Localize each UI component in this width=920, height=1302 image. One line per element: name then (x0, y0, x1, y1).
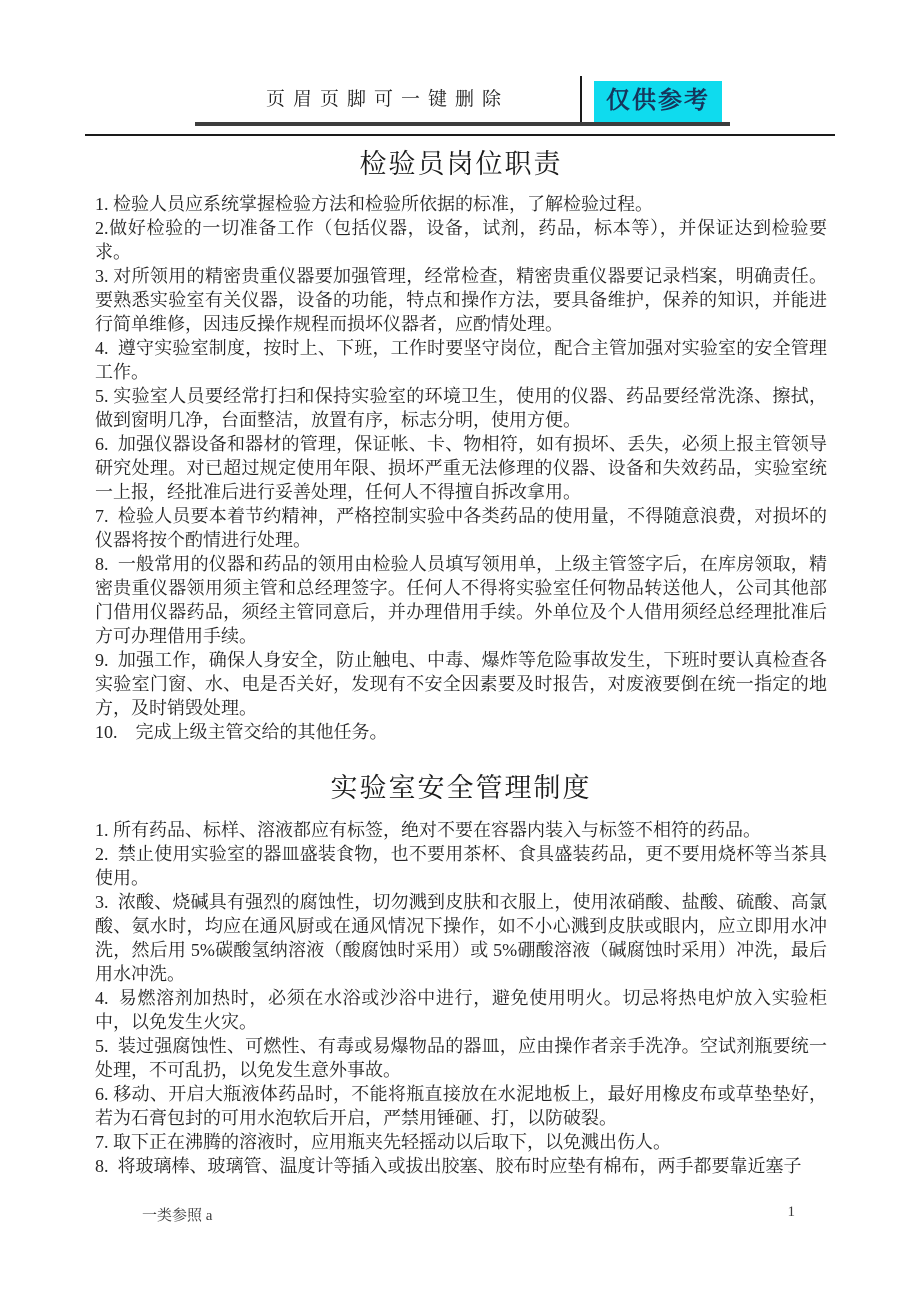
section-title-inspector-duties: 检验员岗位职责 (95, 146, 827, 182)
list-item: 8. 一般常用的仪器和药品的领用由检验人员填写领用单，上级主管签字后，在库房领取… (95, 552, 827, 648)
list-item: 1. 检验人员应系统掌握检验方法和检验所依据的标准，了解检验过程。 (95, 192, 827, 216)
header-underline (195, 122, 730, 126)
header-divider-line (580, 76, 582, 126)
list-item: 4. 易燃溶剂加热时，必须在水浴或沙浴中进行，避免使用明火。切忌将热电炉放入实验… (95, 986, 827, 1034)
list-item: 2.做好检验的一切准备工作（包括仪器，设备，试剂，药品，标本等），并保证达到检验… (95, 216, 827, 264)
list-item: 1. 所有药品、标样、溶液都应有标签，绝对不要在容器内装入与标签不相符的药品。 (95, 818, 827, 842)
list-item: 5. 装过强腐蚀性、可燃性、有毒或易爆物品的器皿，应由操作者亲手洗净。空试剂瓶要… (95, 1034, 827, 1082)
list-item: 3. 对所领用的精密贵重仪器要加强管理，经常检查，精密贵重仪器要记录档案，明确责… (95, 264, 827, 336)
list-item: 5. 实验室人员要经常打扫和保持实验室的环境卫生，使用的仪器、药品要经常洗涤、擦… (95, 384, 827, 432)
list-item: 6. 移动、开启大瓶液体药品时，不能将瓶直接放在水泥地板上，最好用橡皮布或草垫垫… (95, 1082, 827, 1130)
document-page: 页眉页脚可一键删除 仅供参考 检验员岗位职责 1. 检验人员应系统掌握检验方法和… (0, 0, 920, 1302)
list-item: 3. 浓酸、烧碱具有强烈的腐蚀性，切勿溅到皮肤和衣服上，使用浓硝酸、盐酸、硫酸、… (95, 890, 827, 986)
document-footer: 一类参照 a 1 (142, 1204, 795, 1225)
document-body: 检验员岗位职责 1. 检验人员应系统掌握检验方法和检验所依据的标准，了解检验过程… (95, 146, 827, 1178)
list-item: 4. 遵守实验室制度，按时上、下班，工作时要坚守岗位，配合主管加强对实验室的安全… (95, 336, 827, 384)
list-item: 6. 加强仪器设备和器材的管理，保证帐、卡、物相符，如有损坏、丢失，必须上报主管… (95, 432, 827, 504)
list-item: 10. 完成上级主管交给的其他任务。 (95, 720, 827, 744)
section-title-lab-safety-rules: 实验室安全管理制度 (95, 770, 827, 806)
list-item: 9. 加强工作，确保人身安全，防止触电、中毒、爆炸等危险事故发生，下班时要认真检… (95, 648, 827, 720)
page-number: 1 (788, 1204, 796, 1225)
header-note: 页眉页脚可一键删除 (195, 84, 580, 111)
header-border-line (85, 134, 835, 136)
footer-note: 一类参照 a (142, 1204, 212, 1225)
reference-badge: 仅供参考 (594, 81, 722, 122)
list-item: 7. 取下正在沸腾的溶液时，应用瓶夹先轻摇动以后取下，以免溅出伤人。 (95, 1130, 827, 1154)
list-item: 2. 禁止使用实验室的器皿盛装食物，也不要用茶杯、食具盛装药品，更不要用烧杯等当… (95, 842, 827, 890)
list-item: 7. 检验人员要本着节约精神，严格控制实验中各类药品的使用量，不得随意浪费，对损… (95, 504, 827, 552)
list-item: 8. 将玻璃棒、玻璃管、温度计等插入或拔出胶塞、胶布时应垫有棉布，两手都要靠近塞… (95, 1154, 827, 1178)
